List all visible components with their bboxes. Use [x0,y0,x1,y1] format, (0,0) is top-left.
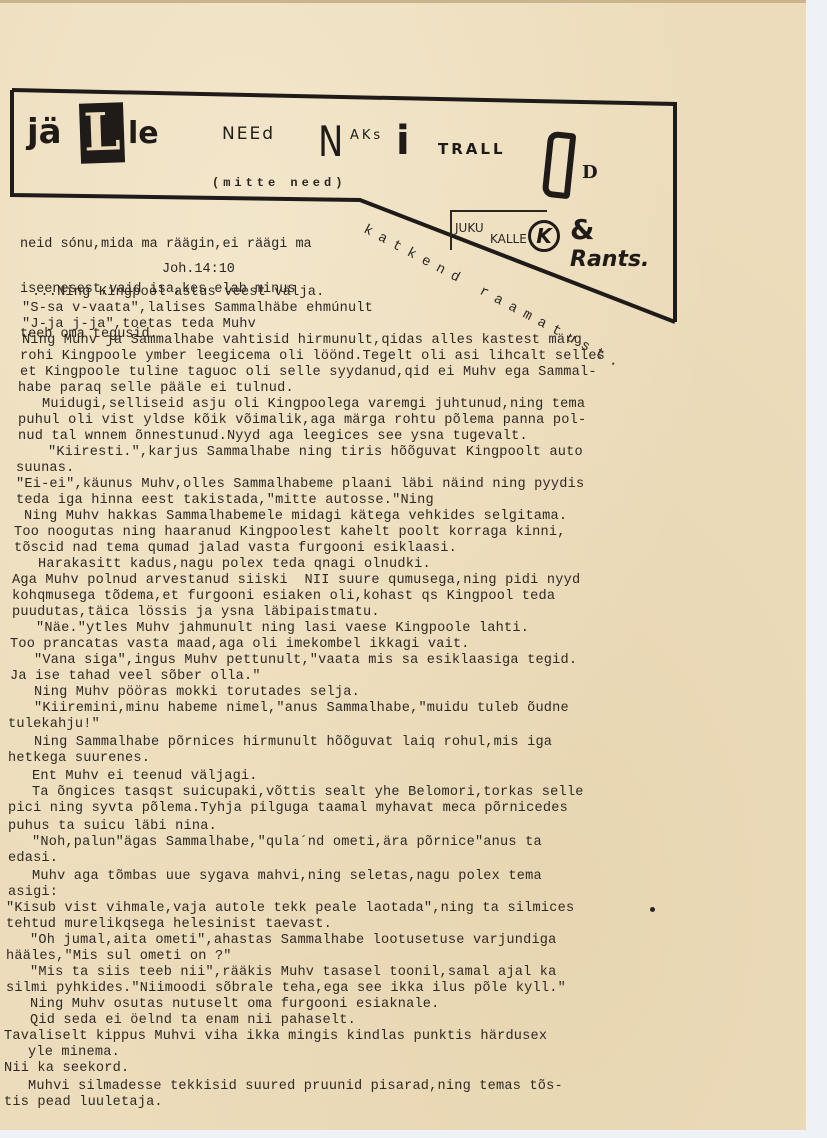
scanned-page: jä L le NEEd N AKs i TRALL D (mitte need… [0,0,806,1130]
text-line: asigi: [8,885,58,900]
text-line: Muhv aga tõmbas uue sygava mahvi,ning se… [32,869,542,884]
text-line: Ning Muhv hakkas Sammalhabemele midagi k… [24,509,567,524]
epigraph-line: neid sónu,mida ma räägin,ei räägi ma [20,237,312,252]
text-line: Ja ise tahad veel sõber olla." [10,669,261,684]
author-rants: Rants. [570,247,649,272]
text-line: Nii ka seekord. [4,1061,129,1076]
title-need: NEEd [222,124,275,144]
text-line: tõscid nad tema qumad jalad vasta furgoo… [14,541,457,556]
text-line: Ning Muhv osutas nutuselt oma furgooni e… [30,997,440,1012]
text-line: "Ei-ei",käunus Muhv,olles Sammalhabeme p… [16,477,584,492]
text-line: hääles,"Mis sul ometi on ?" [6,949,232,964]
text-line: pici ning syvta põlema.Tyhja pilguga taa… [8,801,568,816]
text-line: Ent Muhv ei teenud väljagi. [32,769,258,784]
ink-dot [650,907,655,912]
text-line: Ning Sammalhabe põrnices hirmunult hõõgu… [34,735,552,750]
text-line: "Kisub vist vihmale,vaja autole tekk pea… [6,901,574,916]
title-ja: jä [27,112,62,152]
title-i: i [396,118,410,164]
text-line: tulekahju!" [8,717,100,732]
text-line: tehtud murelikqsega helesinist taevast. [6,917,332,932]
text-line: teda iga hinna eest takistada,"mitte aut… [16,493,434,508]
text-line: Ta õngices tasqst suicupaki,võttis sealt… [32,785,584,800]
text-line: "Kiiresti.",karjus Sammalhabe ning tiris… [48,445,583,460]
text-line: Aga Muhv polnud arvestanud siiski NII su… [12,573,580,588]
text-line: et Kingpoole tuline taguoc oli selle syy… [20,365,597,380]
title-o-cutout-icon [542,131,577,200]
text-line: Too noogutas ning haaranud Kingpoolest k… [14,525,566,540]
title-big-l: L [79,102,125,163]
text-line: suunas. [16,461,75,476]
text-line: "Mis ta siis teeb nii",rääkis Muhv tasas… [30,965,557,980]
text-line: "S-sa v-vaata",lalises Sammalhäbe ehmúnu… [22,301,373,316]
ampersand: & [570,213,594,246]
text-line: Muidugi,selliseid asju oli Kingpoolega v… [42,397,585,412]
text-line: silmi pyhkides."Niimoodi sõbrale teha,eg… [6,981,566,996]
text-line: tis pead luuletaja. [4,1095,163,1110]
text-line: kohqmusega tõdema,et furgooni esiaken ol… [12,589,555,604]
text-line: nud tal wnnem õnnestunud.Nyyd aga leegic… [18,429,528,444]
text-line: "Noh,palun"ägas Sammalhabe,"qula´nd omet… [32,835,542,850]
title-trall: TRALL [438,140,506,158]
author-kalle: KALLE [490,232,527,246]
text-line: puudutas,täica lössis ja ysna läbipaistm… [12,605,380,620]
subtitle: (mitte need) [212,176,346,190]
text-line: Ning Muhv pööras mokki torutades selja. [34,685,360,700]
text-line: ...Ning Kingpool astus veest välja. [32,285,325,300]
text-line: rohi Kingpoole ymber leegicema oli löönd… [20,349,605,364]
author-juku: JUKU [455,221,484,235]
text-line: Qid seda ei öelnd ta enam nii pahaselt. [30,1013,356,1028]
title-le: le [128,116,159,151]
k-circle-logo-icon: K [528,220,560,252]
text-line: habe paraq selle pääle ei tulnud. [18,381,294,396]
text-line: edasi. [8,851,58,866]
title-aks: AKs [350,128,383,143]
title-d: D [582,162,598,183]
text-line: "Oh jumal,aita ometi",ahastas Sammalhabe… [30,933,557,948]
epigraph-reference: Joh.14:10 [162,262,235,277]
text-line: puhus ta suicu läbi nina. [8,819,217,834]
text-line: "J-ja j-ja",toetas teda Muhv [22,317,256,332]
title-n: N [318,117,343,166]
text-line: puhul oli vist yldse kõik võimalik,aga m… [18,413,586,428]
text-line: Harakasitt kadus,nagu polex teda qnagi o… [38,557,431,572]
text-line: Too prancatas vasta maad,aga oli imekomb… [10,637,470,652]
text-line: Tavaliselt kippus Muhvi viha ikka mingis… [4,1029,547,1044]
text-line: "Kiiremini,minu habeme nimel,"anus Samma… [34,701,569,716]
page-top-edge [0,0,806,3]
text-line: Ning Muhv ja Sammalhabe vahtisid hirmunu… [22,333,582,348]
text-line: "Vana siga",ingus Muhv pettunult,"vaata … [34,653,577,668]
text-line: Muhvi silmadesse tekkisid suured pruunid… [28,1079,563,1094]
text-line: hetkega suurenes. [8,751,150,766]
text-line: "Näe."ytles Muhv jahmunult ning lasi vae… [36,621,529,636]
text-line: yle minema. [28,1045,120,1060]
